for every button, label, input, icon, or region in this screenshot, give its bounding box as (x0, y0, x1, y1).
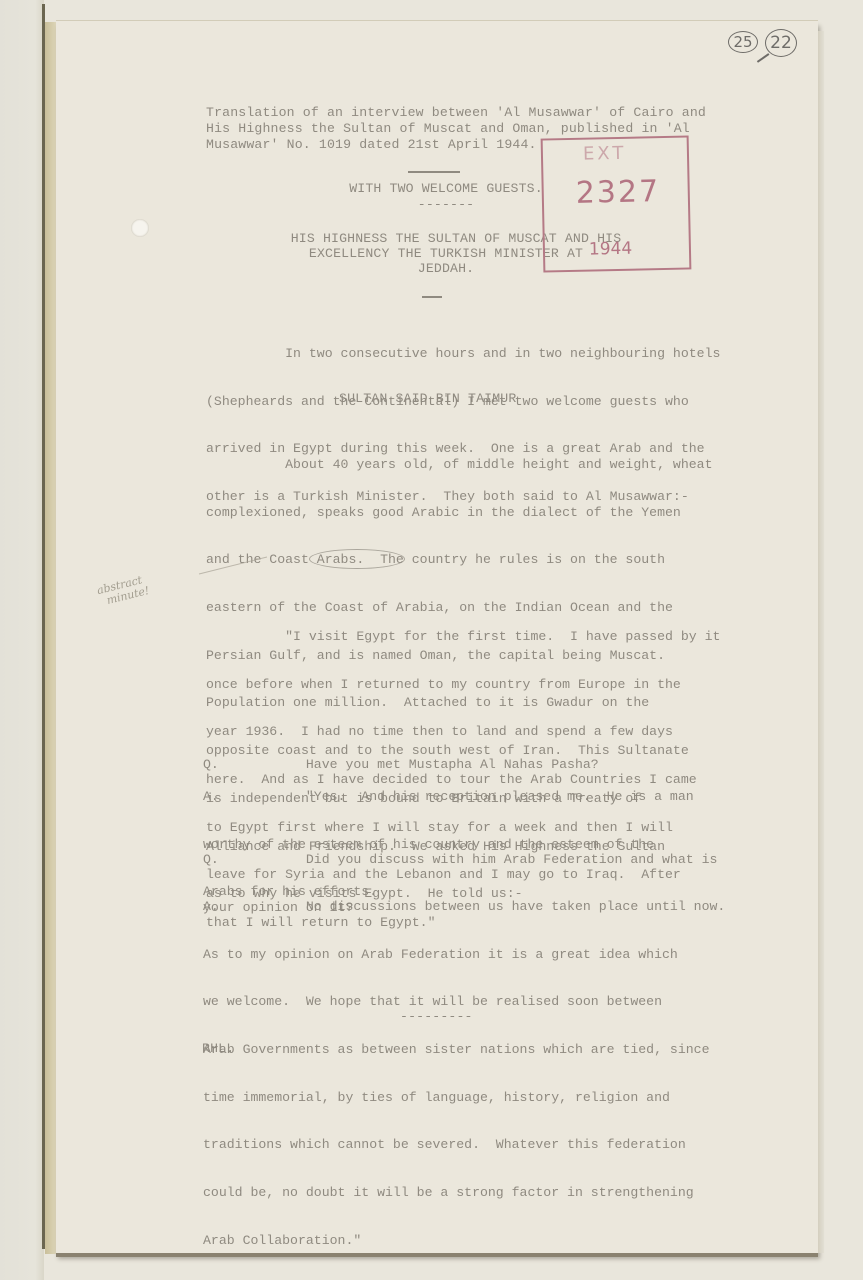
subheading-line-3: JEDDAH. (56, 261, 836, 277)
article-heading: WITH TWO WELCOME GUESTS. (56, 181, 836, 197)
text-line: complexioned, speaks good Arabic in the … (206, 505, 712, 521)
margin-handwritten-note: abstract minute! (96, 573, 151, 608)
short-rule (422, 296, 442, 298)
text-line: and the Coast Arabs. The country he rule… (206, 552, 712, 568)
text-line: About 40 years old, of middle height and… (206, 457, 712, 473)
closing-rule: --------- (400, 1009, 473, 1025)
text-line: "I visit Egypt for the first time. I hav… (206, 629, 720, 645)
text-line: we welcome. We hope that it will be real… (203, 994, 725, 1010)
text-line: traditions which cannot be severed. What… (203, 1137, 725, 1153)
text-line: Arab Collaboration." (203, 1233, 725, 1249)
text-line: A. "Yes. And his reception pleased me. H… (203, 789, 694, 805)
intro-line-2: His Highness the Sultan of Muscat and Om… (206, 121, 690, 137)
subheading-line-1: HIS HIGHNESS THE SULTAN OF MUSCAT AND HI… (56, 231, 856, 247)
heading-rule: ------- (56, 197, 836, 213)
stamp-number: 2327 (575, 174, 660, 211)
typist-initials: RHL. (202, 1041, 234, 1057)
registry-stamp: EXT 2327 1944 (541, 135, 692, 272)
text-line: A. No discussions between us have taken … (203, 899, 725, 915)
text-line: Arab Governments as between sister natio… (203, 1042, 725, 1058)
intro-line-1: Translation of an interview between 'Al … (206, 105, 706, 121)
folio-number-current: 22 (765, 29, 797, 57)
section-title: SULTAN SAID BIN TAIMUR (339, 391, 516, 407)
text-line: Q. Did you discuss with him Arab Federat… (203, 852, 717, 868)
text-line: As to my opinion on Arab Federation it i… (203, 947, 725, 963)
text-line: once before when I returned to my countr… (206, 677, 720, 693)
folio-strike-mark (757, 53, 769, 62)
pencil-circle-annotation (309, 549, 405, 569)
text-line: could be, no doubt it will be a strong f… (203, 1185, 725, 1201)
document-sheet: 25 22 Translation of an interview betwee… (56, 20, 818, 1253)
divider-rule (408, 171, 460, 173)
stamp-label: EXT (583, 143, 627, 165)
text-line: In two consecutive hours and in two neig… (206, 346, 720, 362)
subheading-line-2: EXCELLENCY THE TURKISH MINISTER AT (56, 246, 836, 262)
folio-number-old: 25 (728, 31, 758, 53)
stamp-year: 1944 (589, 239, 633, 260)
answer-2: A. No discussions between us have taken … (203, 867, 725, 1280)
previous-page-leaf (0, 0, 44, 1280)
text-line: time immemorial, by ties of language, hi… (203, 1090, 725, 1106)
intro-line-3: Musawwar' No. 1019 dated 21st April 1944… (206, 137, 537, 153)
